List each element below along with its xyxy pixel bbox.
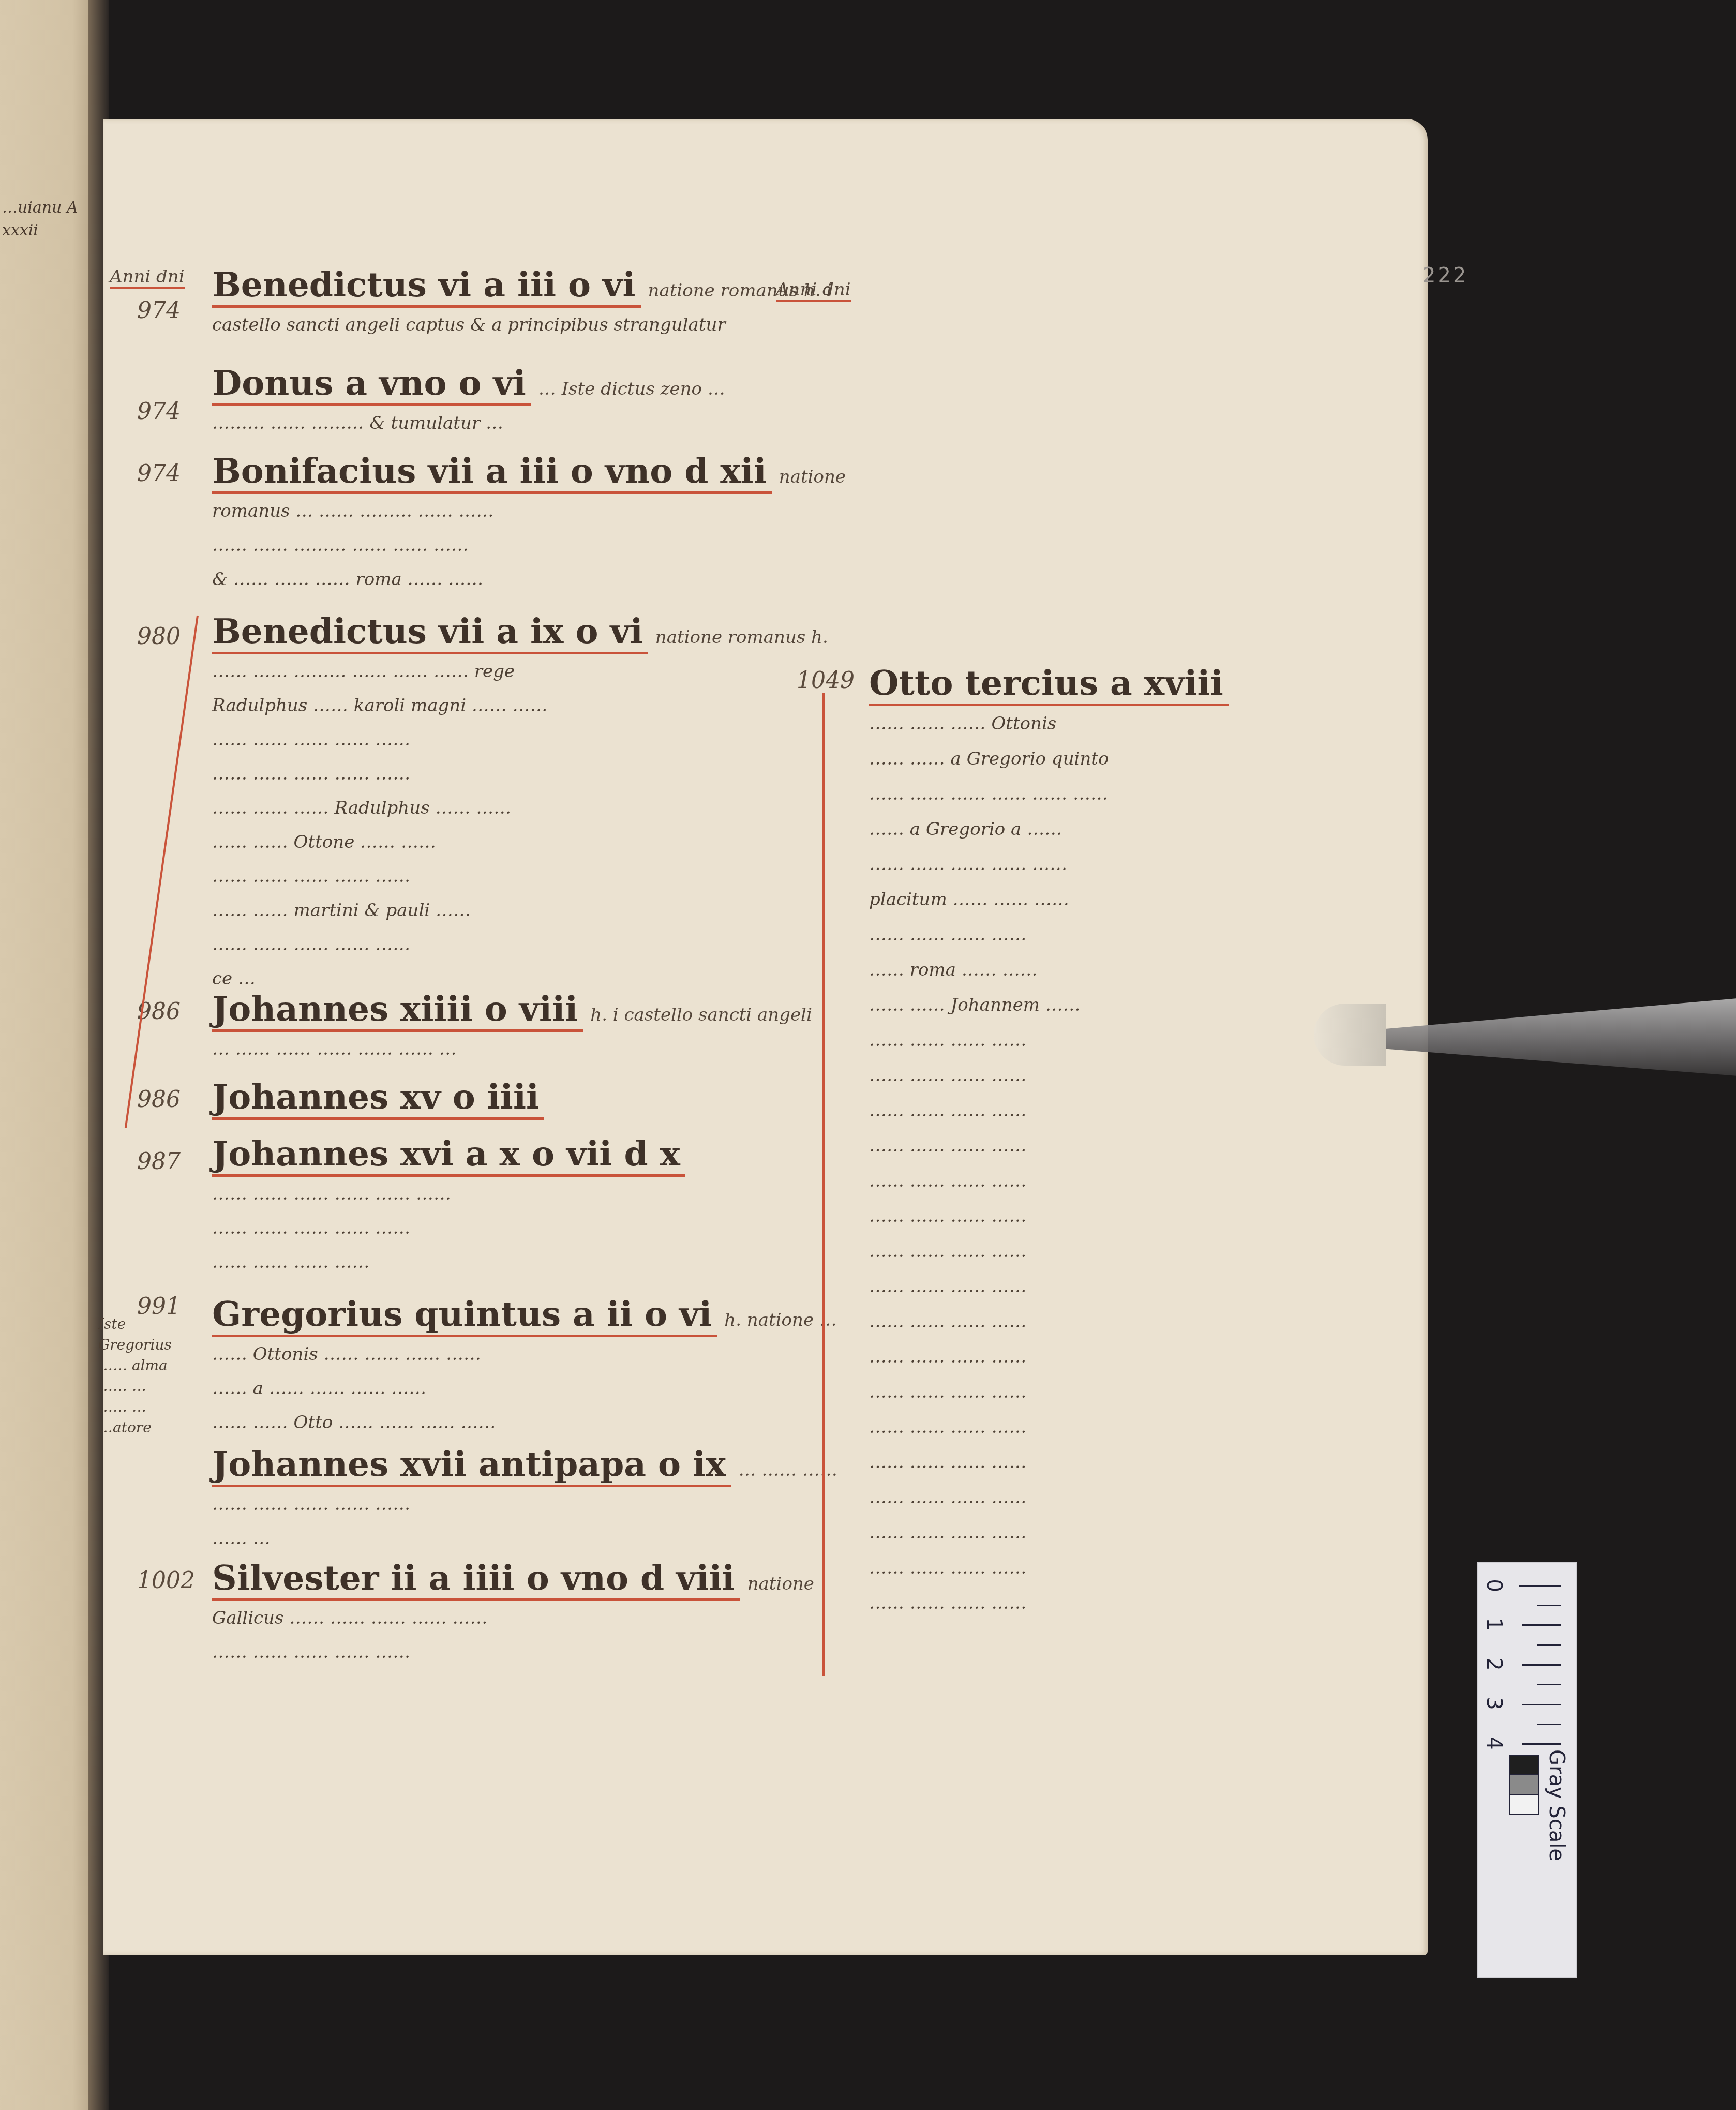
entry-year: 1002: [137, 1567, 195, 1594]
entry-heading: Benedictus vi a iii o vi: [212, 264, 641, 308]
entry-heading: Otto tercius a xviii: [869, 662, 1229, 706]
entry-year: 974: [137, 460, 181, 487]
entry-heading: Johannes xv o iiii: [212, 1076, 544, 1120]
entry-bonifacius-vii: Bonifacius vii a iii o vno d xiinatione …: [212, 450, 962, 596]
entry-silvester-ii: Silvester ii a iiii o vno d viiinatione …: [212, 1557, 962, 1669]
entry-year: 1049: [797, 667, 855, 694]
entry-heading: Silvester ii a iiii o vno d viii: [212, 1557, 740, 1601]
scale-number: 4: [1482, 1737, 1506, 1749]
entry-heading-note: natione: [747, 1574, 814, 1594]
entry-johannes-xvi: Johannes xvi a x o vii d x …… …… …… …… ……: [212, 1133, 962, 1279]
facing-page-text: …uianu A xxxii: [2, 197, 95, 242]
entry-otto-iii: Otto tercius a xviii …… …… …… Ottonis ………: [869, 662, 1366, 1621]
gray-swatch-black: [1509, 1755, 1539, 1775]
entry-text: …… …… …… …… …… …… …: [212, 1487, 962, 1555]
entry-donus: Donus a vno o vi… Iste dictus zeno … …………: [212, 362, 962, 440]
entry-text: …… …… ……… …… …… …… rege Radulphus …… kar…: [212, 654, 962, 996]
entry-heading: Benedictus vii a ix o vi: [212, 610, 648, 654]
entry-heading-note: … Iste dictus zeno …: [538, 379, 725, 399]
entry-text: Gallicus …… …… …… …… …… …… …… …… …… ……: [212, 1601, 962, 1669]
entry-year: 987: [137, 1148, 181, 1175]
entry-text: …… …… …… …… …… …… …… …… …… …… …… …… …… ……: [212, 1177, 962, 1279]
scale-number: 3: [1482, 1697, 1506, 1710]
entry-heading: Johannes xiiii o viii: [212, 988, 583, 1032]
entry-text: … …… …… …… …… …… …: [212, 1032, 962, 1066]
entry-benedictus-vi: Benedictus vi a iii o vinatione romanus …: [212, 264, 962, 342]
rubric-connector-line: [822, 693, 825, 1676]
entry-heading-note: natione romanus h. i: [648, 280, 832, 301]
marginal-note: Iste Gregorius …… alma …… … …… … …atore: [98, 1314, 202, 1438]
scale-number: 0: [1482, 1579, 1506, 1592]
scale-number: 1: [1482, 1618, 1506, 1630]
entry-text: romanus … …… ……… …… …… …… …… ……… …… …… ……: [212, 494, 962, 596]
entry-heading: Gregorius quintus a ii o vi: [212, 1293, 717, 1337]
gray-scale-label: Gray Scale: [1545, 1749, 1568, 1861]
gray-scale-ruler: 0 1 2 3 4 Gray Scale: [1477, 1562, 1577, 1978]
entry-heading: Bonifacius vii a iii o vno d xii: [212, 450, 772, 494]
entry-year: 974: [137, 398, 181, 425]
gray-swatch-mid: [1509, 1774, 1539, 1795]
entry-year: 980: [137, 623, 181, 650]
entry-text: …… Ottonis …… …… …… …… …… a …… …… …… …… …: [212, 1337, 962, 1440]
entry-year: 974: [137, 297, 181, 324]
entry-text: castello sancti angeli captus & a princi…: [212, 308, 962, 342]
entry-heading-note: h. natione …: [724, 1310, 837, 1330]
margin-label-anni-domini: Anni dni: [110, 266, 185, 289]
entry-heading-note: natione: [779, 467, 846, 487]
entry-text: …… …… …… Ottonis …… …… a Gregorio quinto…: [869, 706, 1366, 1621]
rubric-connector-line: [125, 616, 199, 1128]
entry-johannes-xiv: Johannes xiiii o viiih. i castello sanct…: [212, 988, 962, 1066]
entry-heading: Johannes xvii antipapa o ix: [212, 1443, 731, 1487]
entry-johannes-xvii-antipapa: Johannes xvii antipapa o ix… …… …… …… ………: [212, 1443, 962, 1555]
entry-johannes-xv: Johannes xv o iiii: [212, 1076, 962, 1120]
entry-text: ……… …… ……… & tumulatur …: [212, 406, 962, 440]
folio-number: 222: [1423, 264, 1468, 288]
entry-heading: Donus a vno o vi: [212, 362, 531, 406]
gray-swatch-white: [1509, 1794, 1539, 1815]
entry-heading: Johannes xvi a x o vii d x: [212, 1133, 685, 1177]
entry-gregorius-v: Gregorius quintus a ii o vih. natione … …: [212, 1293, 962, 1440]
entry-heading-note: natione romanus h.: [655, 627, 828, 648]
entry-year: 986: [137, 1086, 181, 1113]
entry-heading-note: h. i castello sancti angeli: [590, 1005, 812, 1025]
scale-number: 2: [1482, 1657, 1506, 1670]
manuscript-page: 222 Anni dni Anni dni 974 Benedictus vi …: [103, 119, 1428, 1955]
page-clip: [1314, 983, 1736, 1097]
